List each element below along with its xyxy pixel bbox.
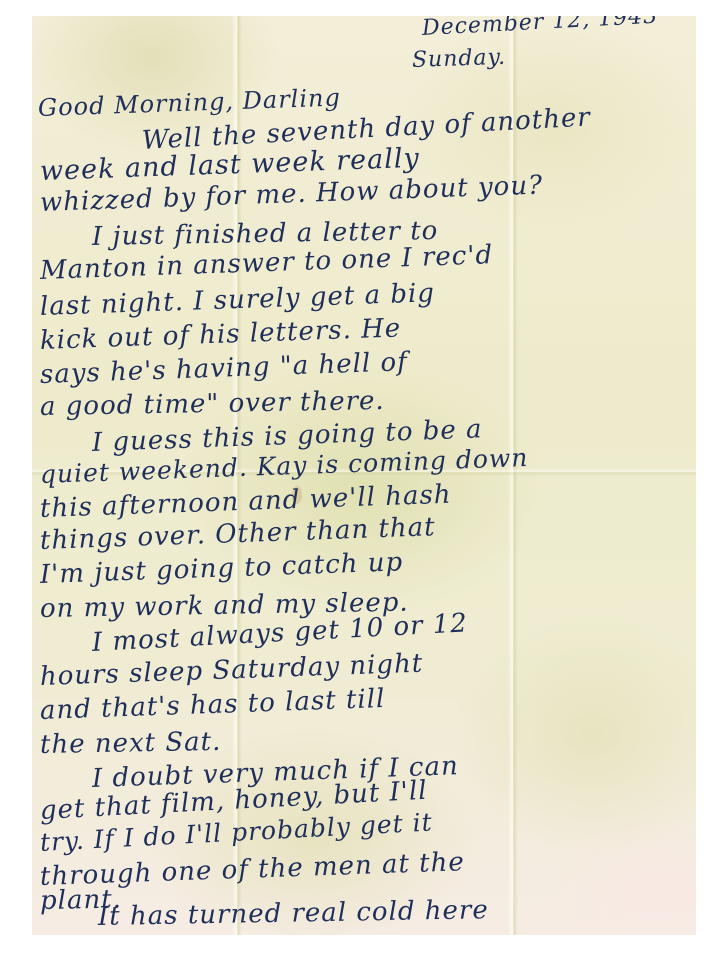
letter-line: and that's has to last till xyxy=(39,684,385,726)
letter-salutation: Good Morning, Darling xyxy=(38,83,342,122)
letter-date: December 12, 1943 xyxy=(421,16,658,41)
letter-page: December 12, 1943 Sunday. Good Morning, … xyxy=(32,16,696,935)
letter-line: a good time" over there. xyxy=(40,386,385,422)
letter-line: the next Sat. xyxy=(40,727,222,760)
letter-line: It has turned real cold here xyxy=(98,895,489,932)
letter-day: Sunday. xyxy=(412,45,507,73)
